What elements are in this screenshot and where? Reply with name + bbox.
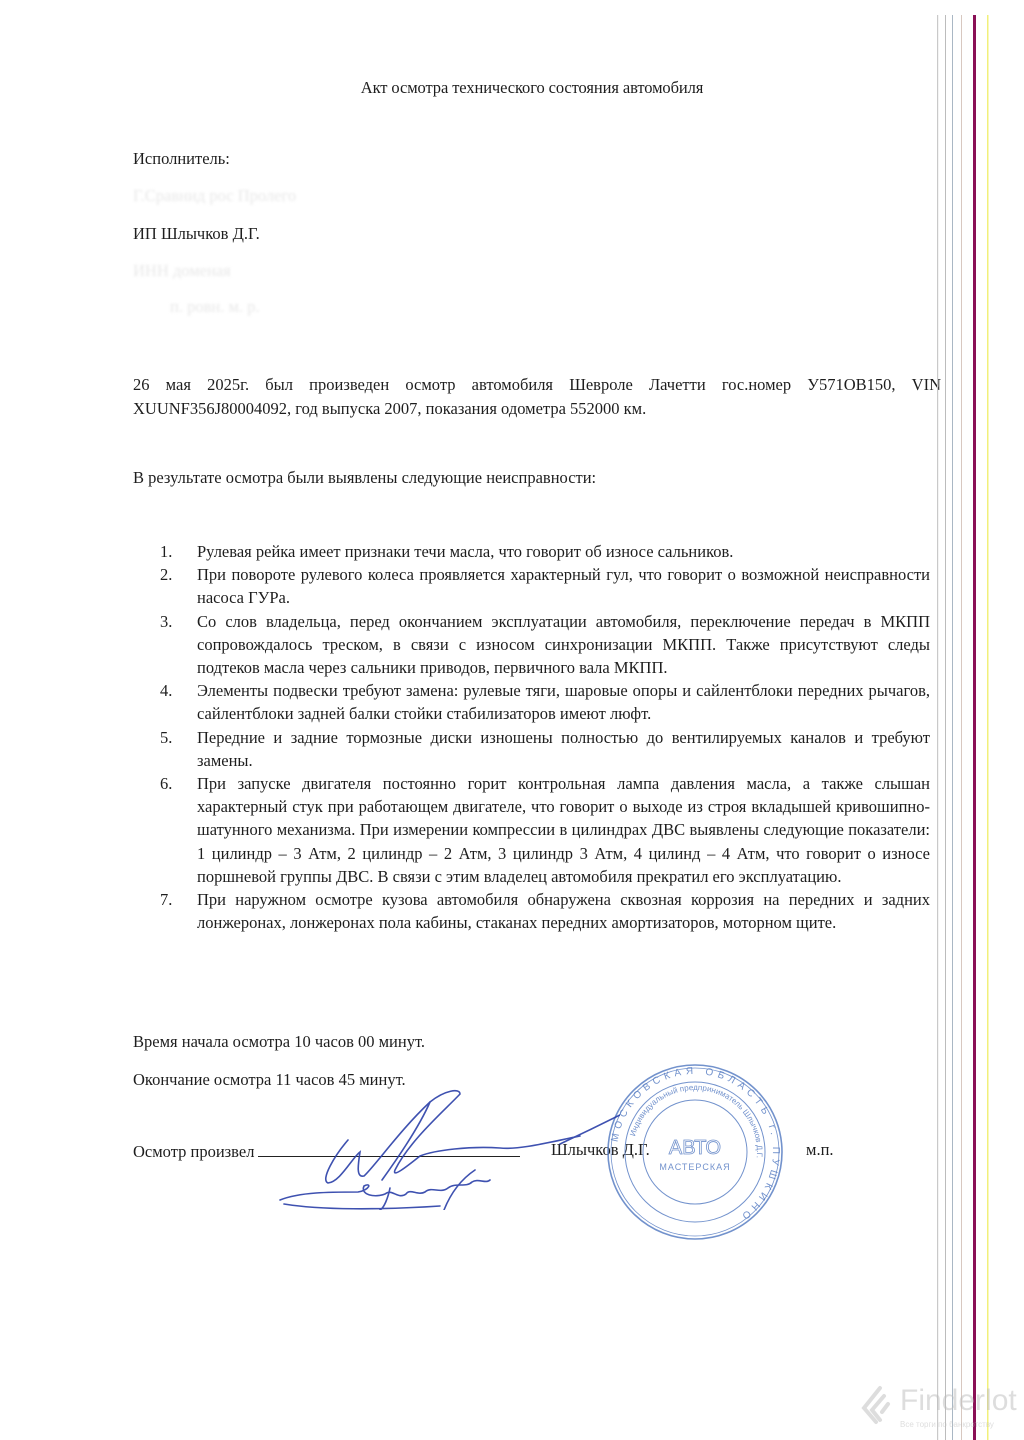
stamp-center-bottom: МАСТЕРСКАЯ — [659, 1162, 730, 1172]
handwritten-signature — [260, 1070, 620, 1210]
defect-number: 7. — [160, 888, 172, 911]
defect-text: Элементы подвески требуют замена: рулевы… — [197, 681, 930, 723]
defect-text: Рулевая рейка имеет признаки течи масла,… — [197, 542, 733, 561]
defect-item: 7. При наружном осмотре кузова автомобил… — [160, 888, 930, 934]
executor-name: ИП Шлычков Д.Г. — [133, 224, 260, 244]
scan-edge-artifacts — [935, 15, 1015, 1440]
defect-number: 1. — [160, 540, 172, 563]
inspected-by-label: Осмотр произвел — [133, 1142, 254, 1161]
defect-number: 5. — [160, 726, 172, 749]
seal-placeholder: м.п. — [806, 1140, 834, 1160]
redacted-line: Г.Сравнид рос Пролего — [133, 186, 296, 206]
defect-number: 3. — [160, 610, 172, 633]
redacted-line: ИНН доменая — [133, 261, 231, 281]
defect-number: 6. — [160, 772, 172, 795]
executor-label: Исполнитель: — [133, 149, 230, 169]
defects-list: 1.Рулевая рейка имеет признаки течи масл… — [160, 540, 930, 934]
defects-intro: В результате осмотра были выявлены следу… — [133, 468, 596, 488]
defect-text: Передние и задние тормозные диски изноше… — [197, 728, 930, 770]
defect-item: 2.При повороте рулевого колеса проявляет… — [160, 563, 930, 609]
defect-item: 1.Рулевая рейка имеет признаки течи масл… — [160, 540, 930, 563]
defect-text: Со слов владельца, перед окончанием эксп… — [197, 612, 930, 677]
watermark-tagline: Все торги по банкротству — [900, 1420, 994, 1429]
defect-text: При повороте рулевого колеса проявляется… — [197, 565, 930, 607]
watermark: Finderlot Все торги по банкротству — [858, 1380, 1024, 1440]
finderlot-logo-icon — [858, 1384, 898, 1434]
defect-item: 3.Со слов владельца, перед окончанием эк… — [160, 610, 930, 680]
inspection-paragraph: 26 мая 2025г. был произведен осмотр авто… — [133, 373, 941, 421]
defect-item: 4.Элементы подвески требуют замена: руле… — [160, 679, 930, 725]
defect-number: 4. — [160, 679, 172, 702]
defect-number: 2. — [160, 563, 172, 586]
stamp-center-top: АВТО — [669, 1137, 721, 1159]
start-time: Время начала осмотра 10 часов 00 минут. — [133, 1032, 425, 1052]
defect-text: При наружном осмотре кузова автомобиля о… — [197, 890, 930, 932]
defect-item: 6.При запуске двигателя постоянно горит … — [160, 772, 930, 888]
redacted-line: п. ровн. м. р. — [170, 297, 260, 317]
document-page: Акт осмотра технического состояния автом… — [0, 0, 1024, 1440]
watermark-brand: Finderlot — [900, 1384, 1017, 1418]
company-stamp: МОСКОВСКАЯ ОБЛАСТЬ г. ПУШКИНО Индивидуал… — [605, 1062, 785, 1242]
document-title: Акт осмотра технического состояния автом… — [0, 78, 1024, 98]
defect-item: 5.Передние и задние тормозные диски изно… — [160, 726, 930, 772]
defect-text: При запуске двигателя постоянно горит ко… — [197, 774, 930, 886]
